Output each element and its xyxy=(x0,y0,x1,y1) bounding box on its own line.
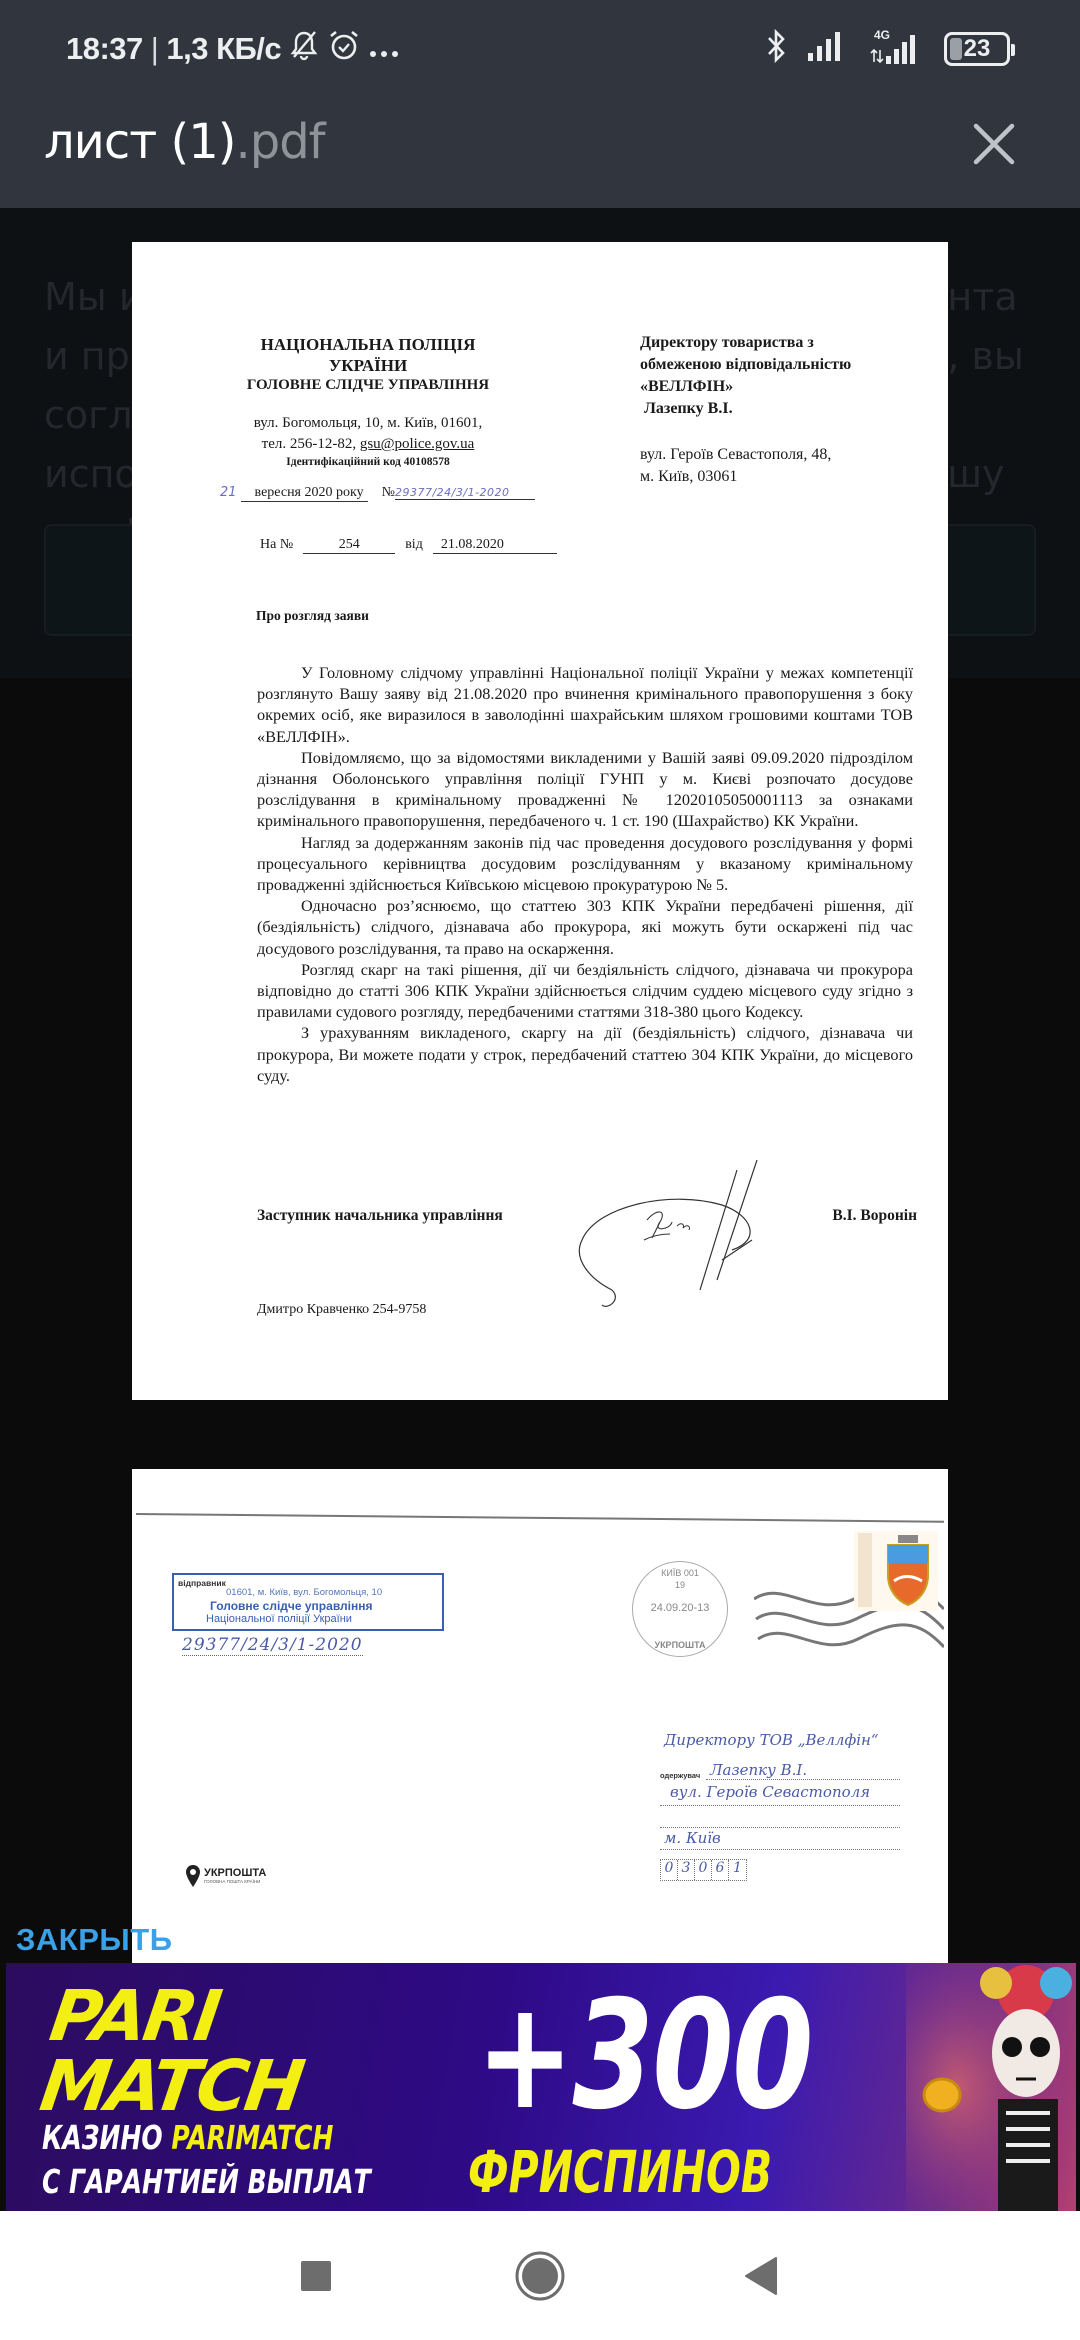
postmark: КИЇВ 001 19 24.09.20-13 УКРПОШТА xyxy=(632,1561,728,1657)
signal-icon xyxy=(808,31,848,66)
sender-stamp: відправник 01601, м. Київ, вул. Богомоль… xyxy=(172,1573,444,1631)
signature-icon xyxy=(552,1160,812,1310)
paragraph: Одночасно роз’яснюємо, що статтею 303 КП… xyxy=(257,895,913,959)
signer-role: Заступник начальника управління xyxy=(257,1207,503,1225)
postal-brand: УКРПОШТА xyxy=(204,1868,266,1879)
postmark-brand: УКРПОШТА xyxy=(633,1640,727,1650)
handwritten-outgoing-number: 29377/24/3/1-2020 xyxy=(395,486,535,500)
ad-bonus-label: ФРИСПИНОВ xyxy=(468,2139,772,2206)
sender-name-2: Національної поліції України xyxy=(206,1613,352,1625)
back-button[interactable] xyxy=(720,2241,800,2311)
org-phone: тел. 256-12-82, xyxy=(262,436,360,452)
ref-date: 21.08.2020 xyxy=(433,537,557,554)
org-country: УКРАЇНИ xyxy=(218,355,518,376)
recipient-street: вул. Героїв Севастополя, 48, xyxy=(640,444,930,466)
ad-bonus: +300 xyxy=(476,1981,812,2131)
signer-name: В.І. Воронін xyxy=(832,1207,917,1225)
outgoing-date-line: 21 вересня 2020 року № 29377/24/3/1-2020 xyxy=(220,485,535,502)
org-id-code: Ідентифікаційний код 40108578 xyxy=(218,455,518,470)
sender-address: 01601, м. Київ, вул. Богомольця, 10 xyxy=(226,1587,382,1598)
separator: | xyxy=(151,31,159,67)
ad-banner[interactable]: PARI MATCH КАЗИНО PARIMATCH С ГАРАНТИЕЙ … xyxy=(6,1963,1076,2211)
envelope-fold-line xyxy=(136,1513,944,1523)
app-top-bar: 18:37 | 1,3 КБ/с 4G xyxy=(0,0,1080,208)
org-address: вул. Богомольця, 10, м. Київ, 01601, xyxy=(218,413,518,434)
recipient-block: Директору товариства з обмеженою відпові… xyxy=(640,332,930,488)
org-email: gsu@police.gov.ua xyxy=(360,436,475,452)
paragraph: З урахуванням викладеного, скаргу на дії… xyxy=(257,1022,913,1086)
recents-button[interactable] xyxy=(276,2241,356,2311)
signal-4g-icon: 4G xyxy=(870,28,922,69)
close-icon xyxy=(964,114,1024,174)
ref-from-label: від xyxy=(405,537,423,553)
recipient-title: Директору товариства з xyxy=(640,332,930,354)
file-extension: .pdf xyxy=(235,114,324,170)
postal-tagline: ГОЛОВНА ПОШТА КРАЇНИ xyxy=(204,1879,266,1884)
back-icon xyxy=(742,2256,778,2296)
status-bar: 18:37 | 1,3 КБ/с 4G xyxy=(0,0,1080,96)
recipient-title-2: обмеженою відповідальністю xyxy=(640,354,930,376)
recipient-name: Лазепку В.І. xyxy=(640,398,930,420)
letterhead: НАЦІОНАЛЬНА ПОЛІЦІЯ УКРАЇНИ ГОЛОВНЕ СЛІД… xyxy=(218,334,518,470)
paragraph: Повідомляємо, що за відомостями викладен… xyxy=(257,747,913,832)
close-button[interactable] xyxy=(964,114,1024,174)
location-pin-icon xyxy=(186,1865,200,1887)
clock: 18:37 xyxy=(66,31,143,67)
ad-tagline-2: С ГАРАНТИЕЙ ВЫПЛАТ xyxy=(42,2163,371,2201)
ad-logo-line-1: PARI xyxy=(46,1981,316,2051)
bluetooth-icon xyxy=(766,29,786,68)
svg-text:4G: 4G xyxy=(874,28,890,42)
postmark-office: 19 xyxy=(633,1580,727,1590)
system-nav-bar xyxy=(0,2211,1080,2340)
bell-off-icon xyxy=(289,29,319,69)
ad-logo-line-2: MATCH xyxy=(36,2051,306,2121)
date-text: вересня 2020 року xyxy=(241,485,368,502)
reference-line: На № 254 від 21.08.2020 xyxy=(260,537,557,554)
recents-icon xyxy=(299,2259,333,2293)
pdf-page-1[interactable]: НАЦІОНАЛЬНА ПОЛІЦІЯ УКРАЇНИ ГОЛОВНЕ СЛІД… xyxy=(132,242,948,1400)
ukrposhta-logo: УКРПОШТА ГОЛОВНА ПОШТА КРАЇНИ xyxy=(186,1865,266,1887)
more-dots-icon xyxy=(369,31,399,67)
handwritten-day: 21 xyxy=(220,485,237,500)
subject-line: Про розгляд заяви xyxy=(256,608,369,624)
ad-close-button[interactable]: ЗАКРЫТЬ xyxy=(16,1922,172,1958)
handwritten-sender-number: 29377/24/3/1-2020 xyxy=(182,1635,363,1656)
ref-number: 254 xyxy=(303,537,395,554)
file-title: лист (1).pdf xyxy=(44,114,325,170)
title-bar: лист (1).pdf xyxy=(0,96,1080,208)
postmark-city: КИЇВ 001 xyxy=(633,1568,727,1578)
ref-label: На № xyxy=(260,537,293,553)
postmark-date: 24.09.20-13 xyxy=(633,1602,727,1614)
home-button[interactable] xyxy=(500,2241,580,2311)
handwritten-recipient-city: м. Київ xyxy=(664,1829,721,1847)
ad-tagline-1: КАЗИНО PARIMATCH xyxy=(42,2119,333,2157)
recipient-label: одержувач xyxy=(660,1771,700,1780)
alarm-icon xyxy=(327,28,361,70)
handwritten-recipient-title: Директору ТОВ „Веллфін“ xyxy=(664,1731,879,1749)
letter-body: У Головному слідчому управлінні Націонал… xyxy=(257,662,913,1086)
handwritten-recipient-street: вул. Героїв Севастополя xyxy=(670,1783,870,1801)
postal-code-boxes: 0 3 0 6 1 xyxy=(660,1859,747,1881)
paragraph: Розгляд скарг на такі рішення, дії чи бе… xyxy=(257,959,913,1023)
ad-logo: PARI MATCH xyxy=(36,1981,316,2121)
handwritten-recipient-name: Лазепку В.І. xyxy=(710,1761,807,1779)
org-name: НАЦІОНАЛЬНА ПОЛІЦІЯ xyxy=(218,334,518,355)
postage-stamp-icon xyxy=(854,1531,938,1611)
sender-name-1: Головне слідче управління xyxy=(210,1599,373,1613)
file-name: лист (1) xyxy=(44,114,235,170)
sender-label: відправник xyxy=(178,1578,226,1588)
number-sign: № xyxy=(382,485,395,501)
battery-level: 23 xyxy=(964,35,991,63)
executor: Дмитро Кравченко 254-9758 xyxy=(257,1302,426,1318)
battery-icon: 23 xyxy=(944,32,1010,66)
paragraph: Нагляд за додержанням законів під час пр… xyxy=(257,832,913,896)
paragraph: У Головному слідчому управлінні Націонал… xyxy=(257,662,913,747)
recipient-company: «ВЕЛЛФІН» xyxy=(640,376,930,398)
home-icon xyxy=(514,2250,566,2302)
recipient-city: м. Київ, 03061 xyxy=(640,466,930,488)
pdf-page-2-envelope[interactable]: відправник 01601, м. Київ, вул. Богомоль… xyxy=(132,1469,948,1963)
network-speed: 1,3 КБ/с xyxy=(166,31,281,67)
org-department: ГОЛОВНЕ СЛІДЧЕ УПРАВЛІННЯ xyxy=(218,376,518,395)
ad-character-illustration-icon xyxy=(906,1963,1076,2211)
